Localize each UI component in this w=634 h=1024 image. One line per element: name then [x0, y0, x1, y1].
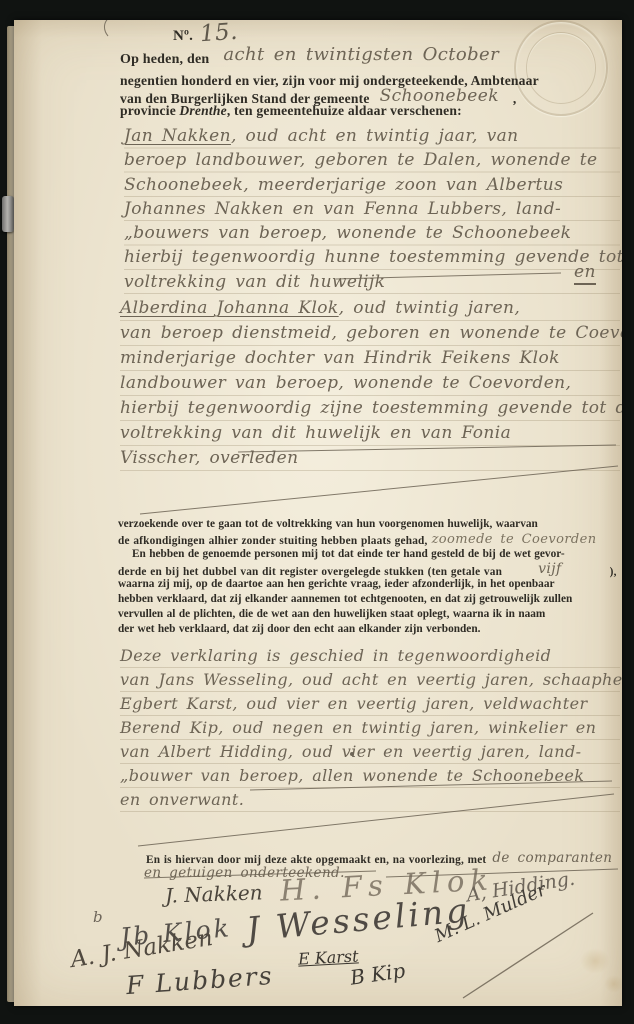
handwritten-announcement: zoomede te Coevorden: [432, 532, 597, 547]
signature-flourish: b: [93, 908, 103, 926]
intro-line-1: Op heden, denacht en twintigsten October: [120, 47, 499, 68]
printed-line: verzoekende over te gaan tot de voltrekk…: [118, 518, 538, 530]
handwritten-line: „bouwers van beroep, wonende te Schooneb…: [124, 221, 620, 245]
handwritten-line: Egbert Karst, oud vier en veertig jaren,…: [120, 692, 620, 716]
marriage-certificate-page: Nº. 15. Op heden, denacht en twintigsten…: [14, 20, 622, 1006]
handwritten-line: van Albert Hidding, oud vier en veertig …: [120, 740, 620, 764]
printed-line: En hebben de genoemde personen mij tot d…: [132, 548, 565, 560]
handwritten-line: Berend Kip, oud negen en twintig jaren, …: [120, 716, 620, 740]
handwritten-line: en onverwant.: [120, 788, 620, 812]
handwritten-text: , oud acht en twintig jaar, van: [231, 126, 519, 146]
printed-text: provincie: [120, 103, 176, 118]
printed-line: vervullen al de plichten, die de wet aan…: [118, 608, 545, 620]
scan-background: Nº. 15. Op heden, denacht en twintigsten…: [0, 0, 634, 1024]
handwritten-line: Johannes Nakken en van Fenna Lubbers, la…: [124, 197, 620, 221]
bride-name: Alberdina Johanna Klok: [120, 298, 339, 318]
witnesses-declaration: Deze verklaring is geschied in tegenwoor…: [120, 644, 620, 812]
intro-line-4: provincie Drenthe, ten gemeentehuize ald…: [120, 103, 462, 119]
handwritten-comparanten: de comparanten: [492, 850, 612, 866]
handwritten-text: , oud twintig jaren,: [339, 298, 521, 318]
diagonal-closing-stroke: [140, 466, 618, 514]
printed-line: derde en bij het dubbel van dit register…: [118, 563, 617, 579]
handwritten-line: Schoonebeek, meerderjarige zoon van Albe…: [124, 173, 620, 197]
handwritten-line: voltrekking van dit huwelijk: [124, 270, 620, 294]
printed-text: ,: [513, 91, 517, 106]
printed-text: de afkondigingen alhier zonder stuiting …: [118, 535, 428, 547]
printed-text: ),: [610, 566, 617, 578]
handwritten-date: acht en twintigsten October: [223, 44, 499, 65]
handwritten-line: „bouwer van beroep, allen wonende te Sch…: [120, 764, 620, 788]
bride-declaration: Alberdina Johanna Klok, oud twintig jare…: [120, 296, 620, 471]
printed-line: der wet heb verklaard, dat zij door den …: [118, 623, 480, 635]
handwritten-line: minderjarige dochter van Hindrik Feikens…: [120, 346, 620, 371]
embossed-seal: [514, 20, 608, 116]
act-number-label: Nº.: [173, 28, 193, 45]
groom-declaration: Jan Nakken, oud acht en twintig jaar, va…: [124, 124, 620, 294]
handwritten-line: Jan Nakken, oud acht en twintig jaar, va…: [124, 124, 620, 148]
groom-name: Jan Nakken: [124, 126, 231, 146]
paper-stain: [580, 948, 610, 974]
binding-staple: [2, 196, 14, 232]
handwritten-line: Deze verklaring is geschied in tegenwoor…: [120, 644, 620, 668]
handwritten-document-count: vijf: [538, 561, 562, 577]
signature-groom: J. Nakken: [165, 880, 263, 907]
margin-pen-mark: [104, 20, 110, 36]
handwritten-line: hierbij tegenwoordig zijne toestemming g…: [120, 396, 620, 421]
handwritten-line: landbouwer van beroep, wonende te Coevor…: [120, 371, 620, 396]
province-name: Drenthe: [179, 103, 226, 118]
handwritten-en: en: [574, 262, 596, 285]
handwritten-line: voltrekking van dit huwelijk en van Foni…: [120, 421, 620, 446]
handwritten-line: van Jans Wesseling, oud acht en veertig …: [120, 668, 620, 692]
handwritten-line: Alberdina Johanna Klok, oud twintig jare…: [120, 296, 620, 321]
handwritten-line: hierbij tegenwoordig hunne toestemming g…: [124, 245, 620, 269]
printed-text: Op heden, den: [120, 52, 209, 67]
paper-stain: [604, 975, 622, 993]
printed-text: derde en bij het dubbel van dit register…: [118, 566, 502, 578]
printed-line: de afkondigingen alhier zonder stuiting …: [118, 533, 597, 548]
handwritten-line: van beroep dienstmeid, geboren en wonend…: [120, 321, 620, 346]
handwritten-line: Visscher, overleden: [120, 446, 620, 471]
signature-mother-groom: F Lubbers: [125, 961, 274, 1000]
printed-line: hebben verklaard, dat zij elkander aanne…: [118, 593, 572, 605]
printed-line: waarna zij mij, op de daartoe aan hen ge…: [118, 578, 555, 590]
handwritten-line: beroep landbouwer, geboren te Dalen, won…: [124, 148, 620, 172]
printed-text: , ten gemeentehuize aldaar verschenen:: [227, 103, 462, 118]
